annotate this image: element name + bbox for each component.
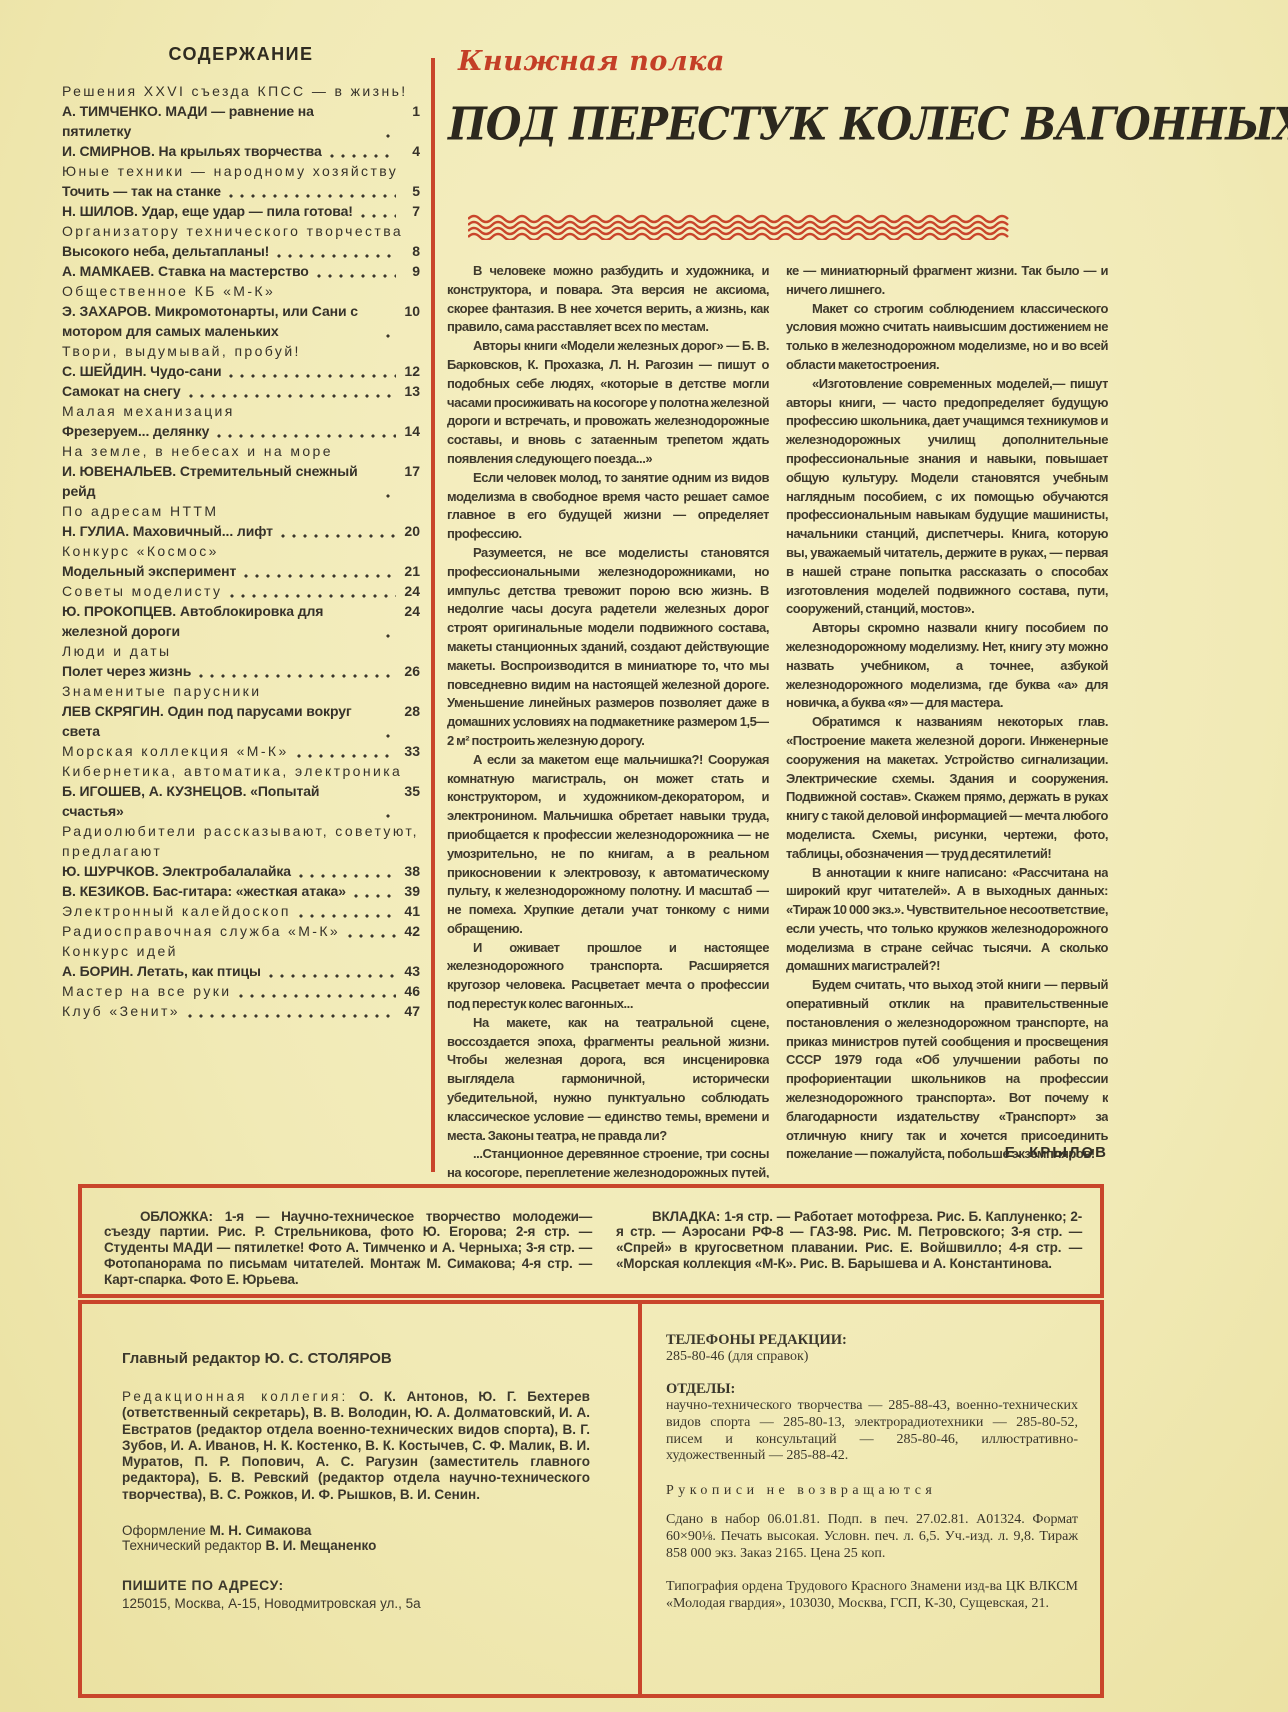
- toc-item: Мастер на все руки46: [62, 981, 420, 1001]
- tech-label: Технический редактор: [122, 1538, 262, 1553]
- tech-name: В. И. Мещаненко: [265, 1538, 376, 1553]
- write-address: 125015, Москва, А-15, Новодмитровская ул…: [122, 1596, 590, 1611]
- paragraph: На макете, как на театральной сцене, вос…: [447, 1014, 769, 1146]
- toc-item: Организатору технического творчества: [62, 221, 420, 241]
- toc-item: Фрезеруем... делянку14: [62, 421, 420, 441]
- design-name: М. Н. Симакова: [210, 1523, 312, 1538]
- toc-item: Конкурс «Космос»: [62, 541, 420, 561]
- toc-item: Радиосправочная служба «М-К»42: [62, 921, 420, 941]
- paragraph: Авторы книги «Модели железных дорог» — Б…: [447, 337, 769, 469]
- toc-item: По адресам НТТМ: [62, 501, 420, 521]
- masthead-divider: [638, 1304, 642, 1694]
- toc-item: А. ТИМЧЕНКО. МАДИ — равнение на пятилетк…: [62, 101, 420, 141]
- paragraph: Разумеется, не все моделисты становятся …: [447, 544, 769, 751]
- paragraph: ке — миниатюрный фрагмент жизни. Так был…: [786, 262, 1108, 300]
- toc-item: Э. ЗАХАРОВ. Микромотонарты, или Сани с м…: [62, 301, 420, 341]
- article-column-2: ке — миниатюрный фрагмент жизни. Так был…: [786, 262, 1108, 1178]
- toc-item: Полет через жизнь26: [62, 661, 420, 681]
- toc-item: Самокат на снегу13: [62, 381, 420, 401]
- toc-item: Н. ШИЛОВ. Удар, еще удар — пила готова!7: [62, 201, 420, 221]
- departments-label: ОТДЕЛЫ:: [666, 1381, 1078, 1398]
- magazine-page: СОДЕРЖАНИЕ Решения XXVI съезда КПСС — в …: [0, 0, 1288, 1712]
- article-column-1: В человеке можно разбудить и художника, …: [447, 262, 769, 1178]
- board-names: О. К. Антонов, Ю. Г. Бехтерев (ответстве…: [122, 1389, 590, 1502]
- article-signature: Е. КРЫЛОВ: [786, 1144, 1108, 1161]
- toc-item: Ю. ПРОКОПЦЕВ. Автоблокировка для железно…: [62, 601, 420, 641]
- toc-item: А. МАМКАЕВ. Ставка на мастерство9: [62, 261, 420, 281]
- departments-text: научно-технического творчества — 285-88-…: [666, 1398, 1078, 1465]
- toc-item: Точить — так на станке5: [62, 181, 420, 201]
- paragraph: Авторы скромно назвали книгу пособием по…: [786, 619, 1108, 713]
- paragraph: «Изготовление современных моделей,— пишу…: [786, 375, 1108, 619]
- toc-item: Решения XXVI съезда КПСС — в жизнь!: [62, 81, 420, 101]
- toc-item: Н. ГУЛИА. Маховичный... лифт20: [62, 521, 420, 541]
- insert-label: ВКЛАДКА:: [652, 1209, 720, 1224]
- design-label: Оформление: [122, 1523, 206, 1538]
- toc-item: Общественное КБ «М-К»: [62, 281, 420, 301]
- manuscripts-note: Рукописи не возвращаются: [666, 1483, 1078, 1499]
- red-divider-line: [431, 58, 435, 1172]
- paragraph: И оживает прошлое и настоящее железнодор…: [447, 939, 769, 1014]
- paragraph: Макет со строгим соблюдением классическо…: [786, 300, 1108, 375]
- departments-block: ОТДЕЛЫ: научно-технического творчества —…: [666, 1381, 1078, 1465]
- phones-value: 285-80-46 (для справок): [666, 1349, 1078, 1365]
- toc-item: ЛЕВ СКРЯГИН. Один под парусами вокруг св…: [62, 701, 420, 741]
- masthead-left: Главный редактор Ю. С. СТОЛЯРОВ Редакцио…: [122, 1304, 590, 1611]
- masthead-right: ТЕЛЕФОНЫ РЕДАКЦИИ: 285-80-46 (для справо…: [666, 1304, 1078, 1612]
- cover-label: ОБЛОЖКА:: [140, 1209, 213, 1224]
- toc-item: Клуб «Зенит»47: [62, 1001, 420, 1021]
- rubric-label: Книжная полка: [458, 46, 725, 77]
- toc-item: С. ШЕЙДИН. Чудо-сани12: [62, 361, 420, 381]
- board-label: Редакционная коллегия:: [122, 1389, 348, 1404]
- toc-item: Б. ИГОШЕВ, А. КУЗНЕЦОВ. «Попытай счастья…: [62, 781, 420, 821]
- toc-item: И. СМИРНОВ. На крыльях творчества4: [62, 141, 420, 161]
- toc-item: Кибернетика, автоматика, электроника: [62, 761, 420, 781]
- toc-item: Юные техники — народному хозяйству: [62, 161, 420, 181]
- toc-item: Советы моделисту24: [62, 581, 420, 601]
- design-line: Оформление М. Н. Симакова: [122, 1523, 590, 1538]
- toc-item: А. БОРИН. Летать, как птицы43: [62, 961, 420, 981]
- article-title: ПОД ПЕРЕСТУК КОЛЕС ВАГОННЫХ...: [448, 98, 1108, 151]
- toc-item: Ю. ШУРЧКОВ. Электробалалайка38: [62, 861, 420, 881]
- tech-editor-line: Технический редактор В. И. Мещаненко: [122, 1538, 590, 1553]
- toc-item: На земле, в небесах и на море: [62, 441, 420, 461]
- phones-label: ТЕЛЕФОНЫ РЕДАКЦИИ:: [666, 1332, 1078, 1349]
- insert-note: ВКЛАДКА: 1-я стр. — Работает мотофреза. …: [616, 1209, 1082, 1273]
- toc-item: Модельный эксперимент21: [62, 561, 420, 581]
- paragraph: А если за макетом еще мальчишка?! Сооруж…: [447, 751, 769, 939]
- paragraph: Обратимся к названиям некоторых глав. «П…: [786, 713, 1108, 863]
- toc-item: В. КЕЗИКОВ. Бас-гитара: «жесткая атака»3…: [62, 881, 420, 901]
- toc-item: Люди и даты: [62, 641, 420, 661]
- paragraph: В аннотации к книге написано: «Рассчитан…: [786, 864, 1108, 977]
- toc-item: Высокого неба, дельтапланы!8: [62, 241, 420, 261]
- cover-note: ОБЛОЖКА: 1-я — Научно-техническое творче…: [104, 1209, 592, 1289]
- toc-item: Морская коллекция «М-К»33: [62, 741, 420, 761]
- printer-info: Типография ордена Трудового Красного Зна…: [666, 1578, 1078, 1612]
- paragraph: Если человек молод, то занятие одним из …: [447, 469, 769, 544]
- toc-item: Электронный калейдоскоп41: [62, 901, 420, 921]
- toc-item: Знаменитые парусники: [62, 681, 420, 701]
- toc-item: Конкурс идей: [62, 941, 420, 961]
- contents-title: СОДЕРЖАНИЕ: [62, 44, 420, 65]
- paragraph: В человеке можно разбудить и художника, …: [447, 262, 769, 337]
- wavy-divider-icon: [468, 214, 1013, 240]
- toc-item: Твори, выдумывай, пробуй!: [62, 341, 420, 361]
- print-info: Сдано в набор 06.01.81. Подп. в печ. 27.…: [666, 1511, 1078, 1562]
- editorial-board: Редакционная коллегия: О. К. Антонов, Ю.…: [122, 1389, 590, 1503]
- toc-item: И. ЮВЕНАЛЬЕВ. Стремительный снежный рейд…: [62, 461, 420, 501]
- masthead-box: Главный редактор Ю. С. СТОЛЯРОВ Редакцио…: [78, 1300, 1104, 1698]
- toc-item: Радиолюбители рассказывают, советуют, пр…: [62, 821, 420, 861]
- paragraph: ...Станционное деревянное строение, три …: [447, 1145, 769, 1178]
- toc-item: Малая механизация: [62, 401, 420, 421]
- paragraph: Будем считать, что выход этой книги — пе…: [786, 976, 1108, 1164]
- write-address-label: ПИШИТЕ ПО АДРЕСУ:: [122, 1577, 590, 1593]
- table-of-contents: СОДЕРЖАНИЕ Решения XXVI съезда КПСС — в …: [62, 44, 420, 1021]
- toc-list: Решения XXVI съезда КПСС — в жизнь!А. ТИ…: [62, 81, 420, 1021]
- cover-insert-box: ОБЛОЖКА: 1-я — Научно-техническое творче…: [78, 1184, 1104, 1298]
- chief-editor-line: Главный редактор Ю. С. СТОЛЯРОВ: [122, 1350, 590, 1367]
